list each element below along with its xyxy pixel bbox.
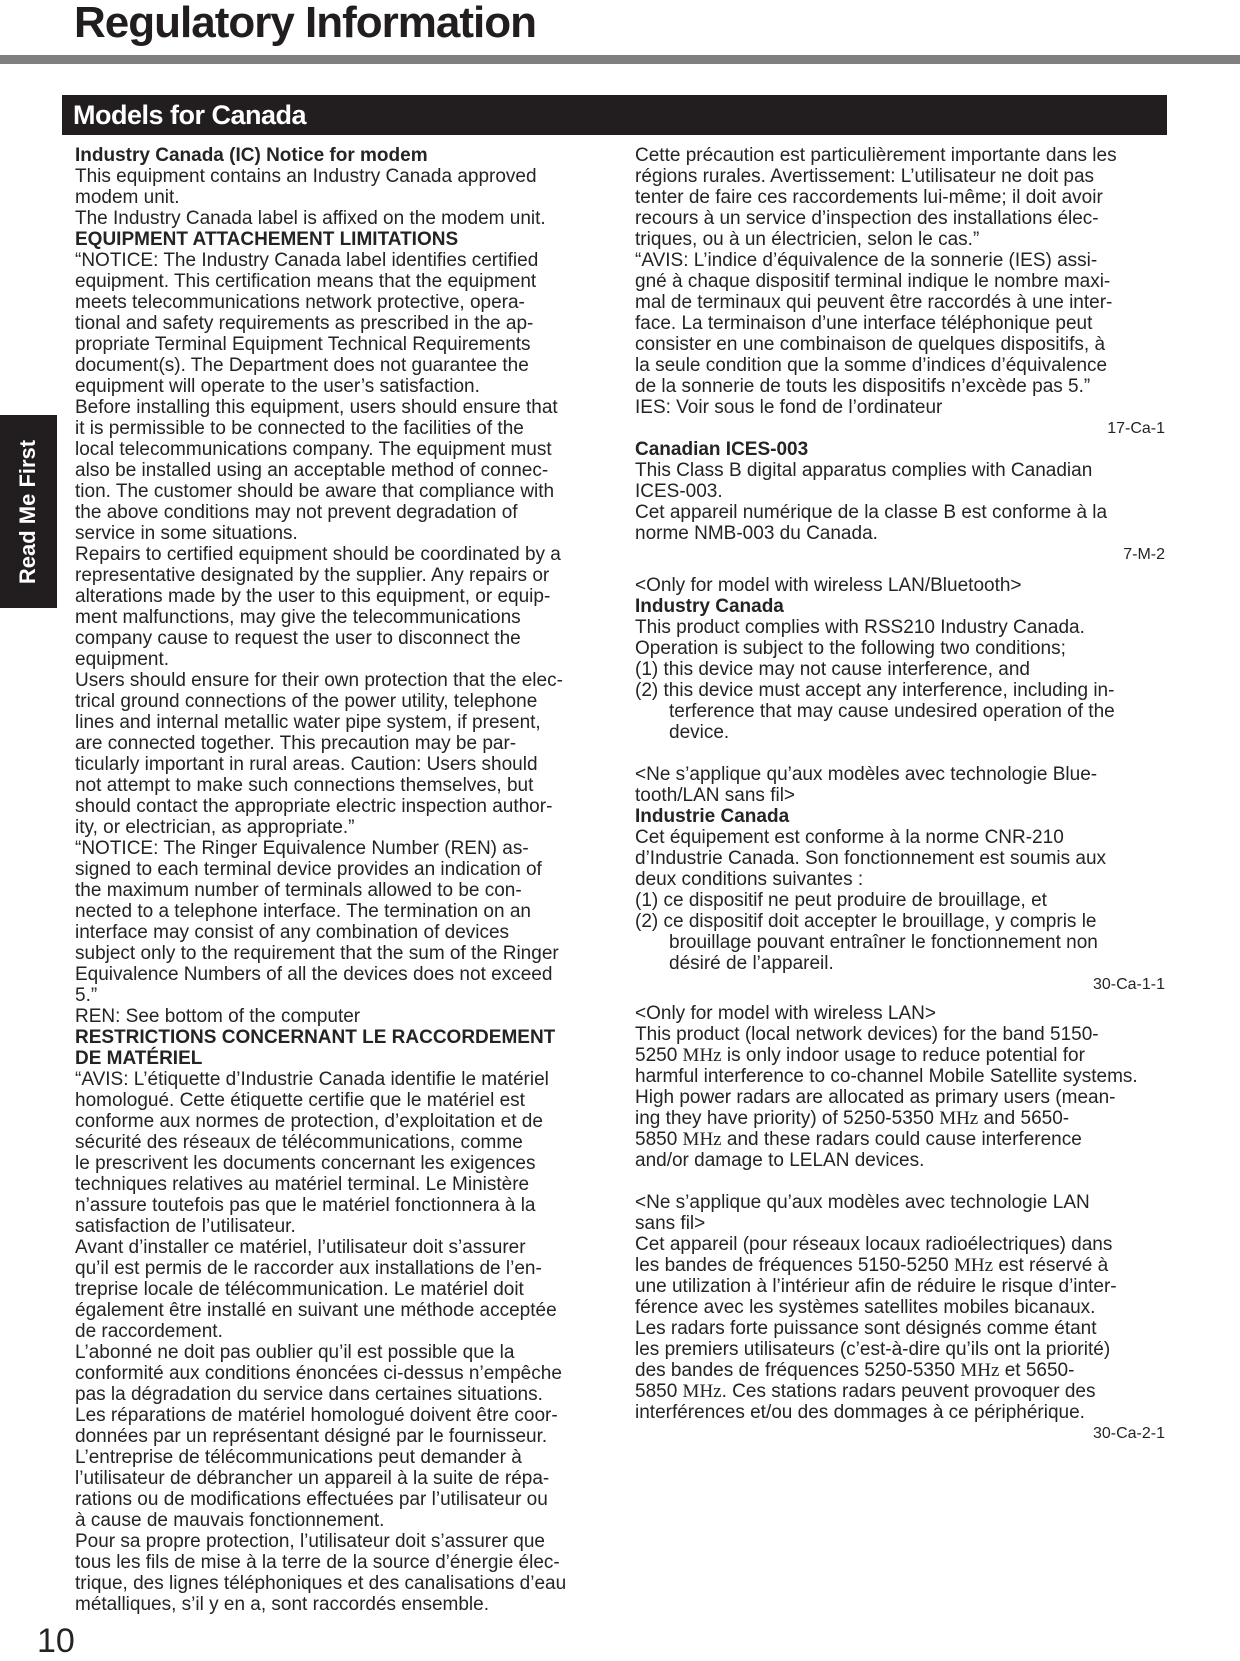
paragraph: <Ne s’applique qu’aux modèles avec techn… [635,764,1182,806]
right-text-column: Cette précaution est particulièrement im… [635,145,1182,1444]
section-heading: Industrie Canada [635,806,1182,827]
section-heading: Industry Canada (IC) Notice for modem [75,145,620,166]
mhz-unit: MHz [939,1108,978,1129]
chapter-tab-label: Read Me First [16,439,42,583]
paragraph: This Class B digital apparatus complies … [635,460,1182,544]
page-title: Regulatory Information [74,0,536,48]
paragraph: <Only for model with wireless LAN/Blueto… [635,575,1182,596]
section-heading: EQUIPMENT ATTACHEMENT LIMITATIONS [75,229,620,250]
list-item: (2) ce dispositif doit accepter le broui… [635,911,1182,974]
mhz-unit: MHz [683,1129,722,1150]
paragraph: This product complies with RSS210 Indust… [635,617,1182,659]
paragraph: “NOTICE: The Industry Canada label ident… [75,250,620,1027]
mhz-unit: MHz [960,1360,999,1381]
ref-code: 17-Ca-1 [635,418,1182,439]
mhz-unit: MHz [683,1045,722,1066]
paragraph: This equipment contains an Industry Cana… [75,166,620,229]
mhz-unit: MHz [954,1255,993,1276]
section-heading: RESTRICTIONS CONCERNANT LE RACCORDEMENT … [75,1027,620,1069]
paragraph: <Ne s’applique qu’aux modèles avec techn… [635,1192,1182,1423]
paragraph: Cet équipement est conforme à la norme C… [635,827,1182,890]
paragraph: “AVIS: L’étiquette d’Industrie Canada id… [75,1069,620,1615]
manual-page: Regulatory Information Models for Canada… [0,0,1240,1661]
left-text-column: Industry Canada (IC) Notice for modemThi… [75,145,620,1615]
list-item: (1) ce dispositif ne peut produire de br… [635,890,1182,911]
section-header-models-for-canada: Models for Canada [62,95,1167,135]
chapter-tab-read-me-first: Read Me First [0,415,57,608]
ref-code: 30-Ca-2-1 [635,1423,1182,1444]
page-number: 10 [37,1622,75,1661]
list-item: (1) this device may not cause interferen… [635,659,1182,680]
mhz-unit: MHz [683,1381,722,1402]
section-heading: Industry Canada [635,596,1182,617]
horizontal-rule [0,55,1240,64]
ref-code: 30-Ca-1-1 [635,974,1182,995]
list-item: (2) this device must accept any interfer… [635,680,1182,743]
section-heading: Canadian ICES-003 [635,439,1182,460]
paragraph: Cette précaution est particulièrement im… [635,145,1182,418]
ref-code: 7-M-2 [635,544,1182,565]
paragraph: <Only for model with wireless LAN> This … [635,1003,1182,1171]
